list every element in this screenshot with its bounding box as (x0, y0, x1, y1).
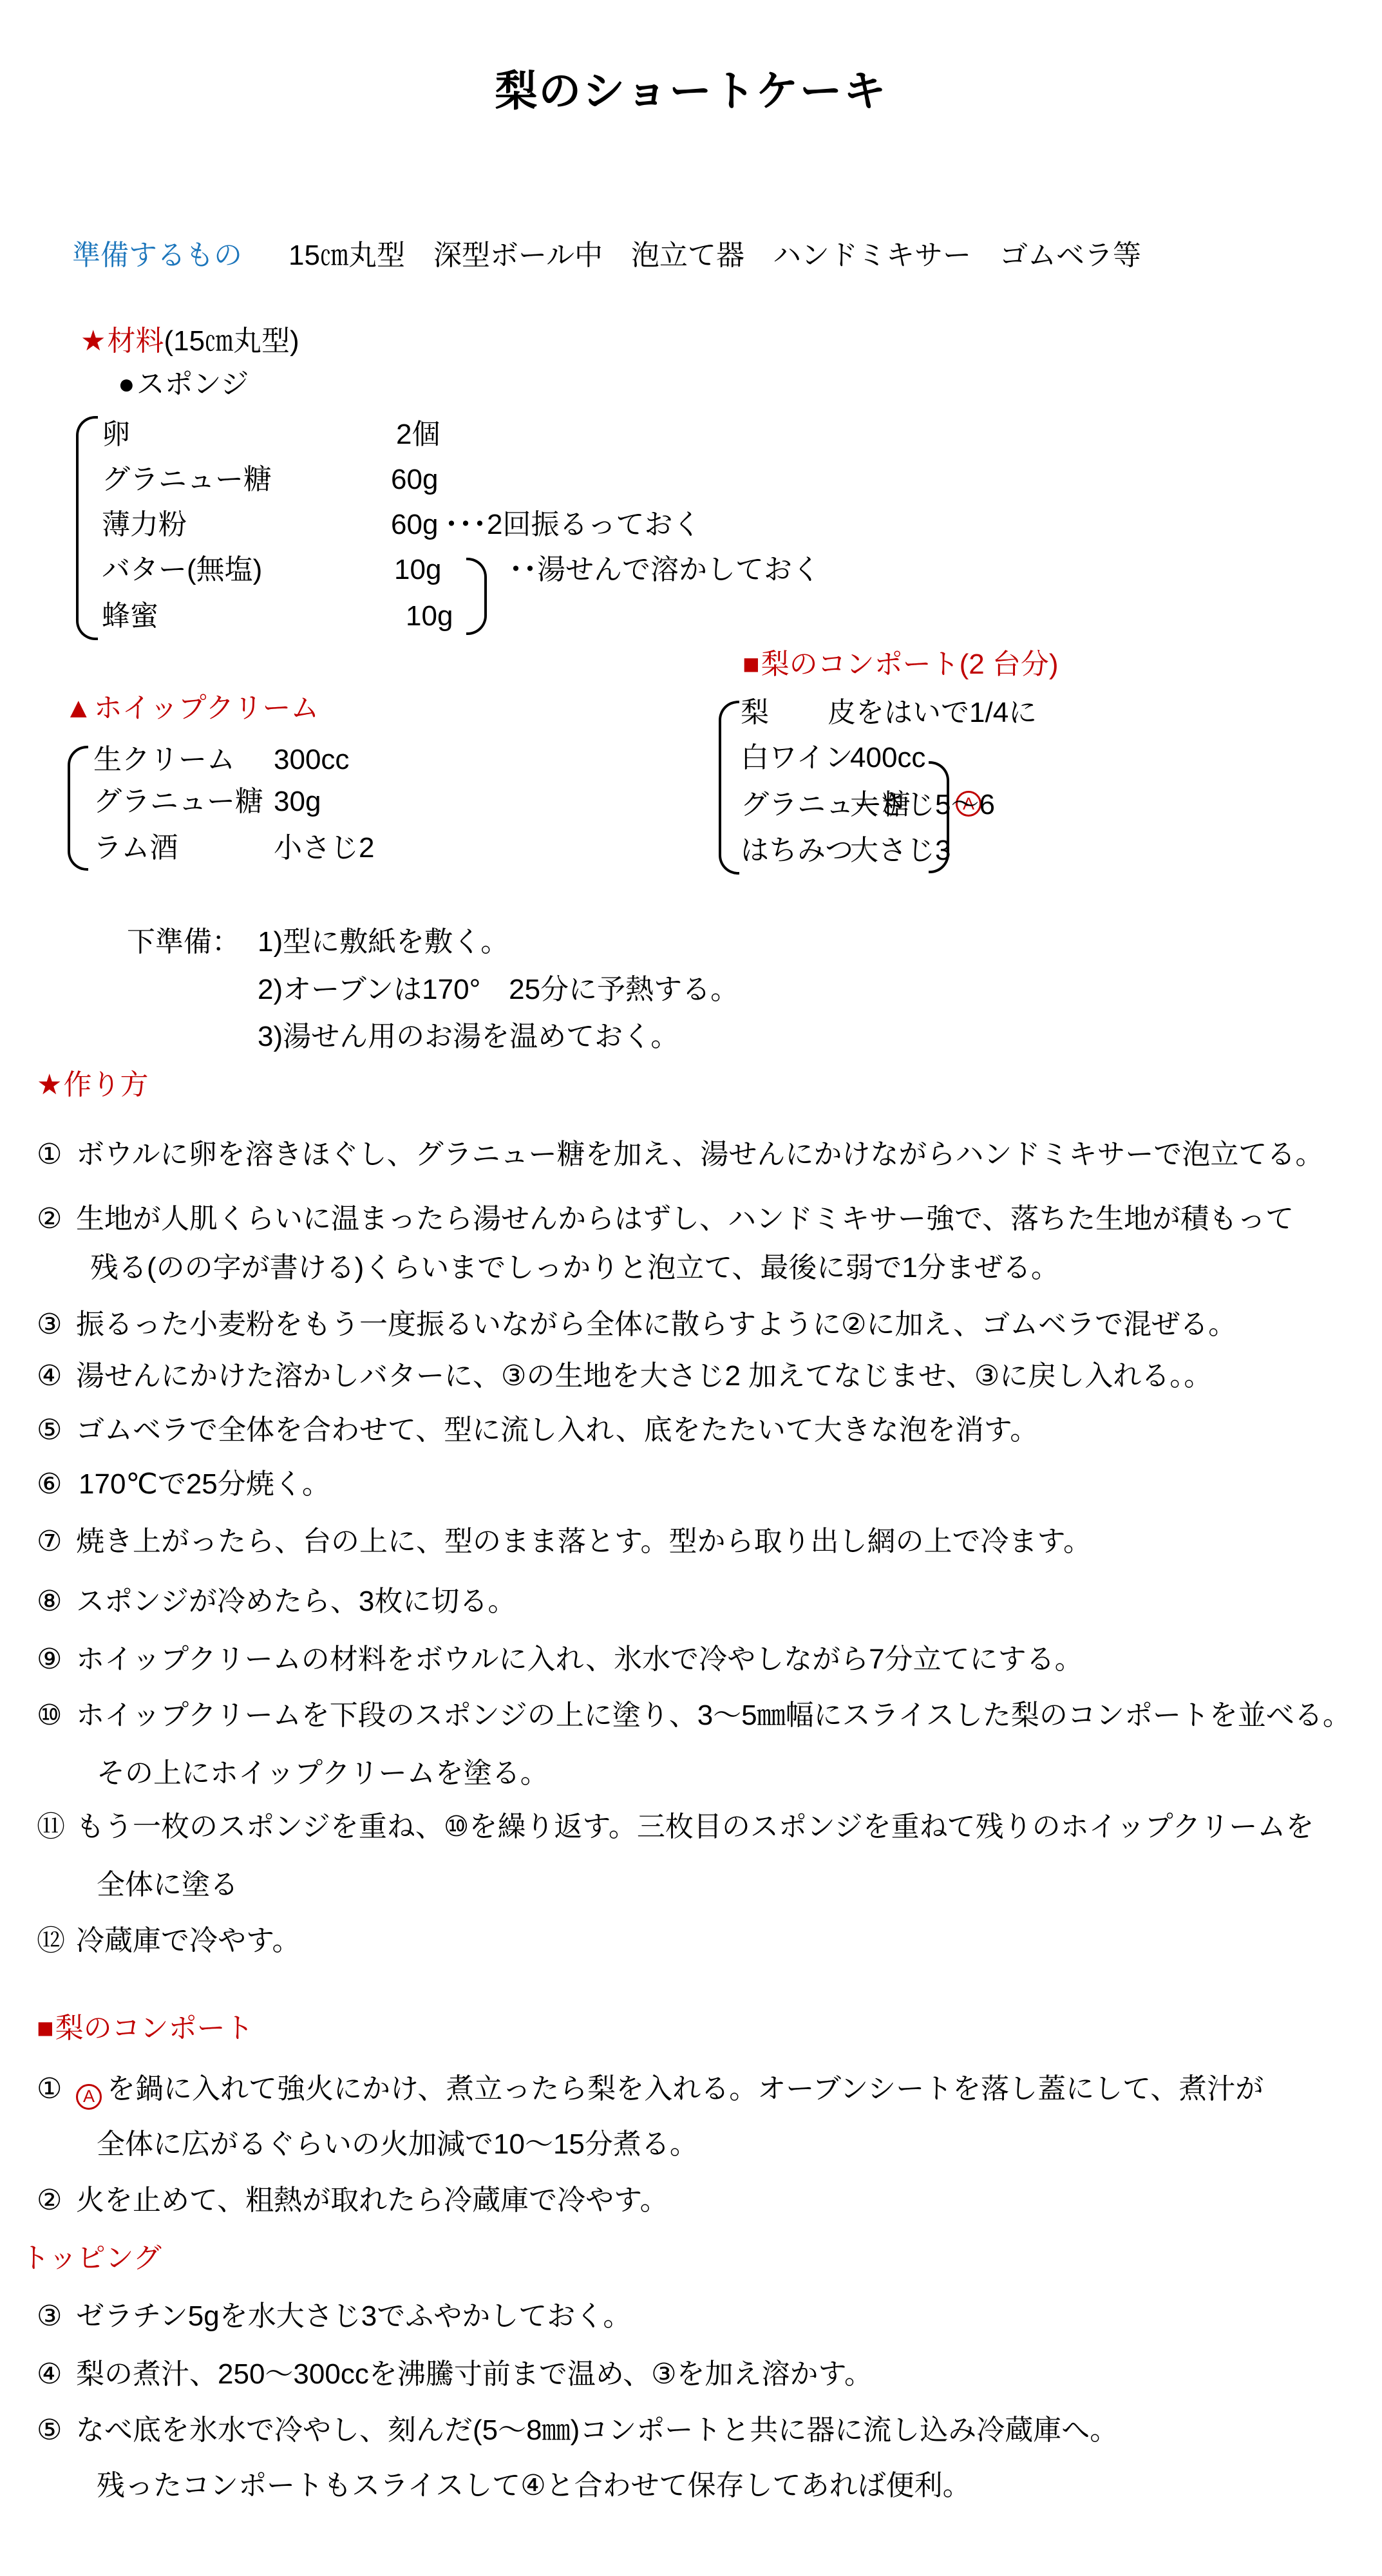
prep-step: 2)オーブンは170° 25分に予熱する。 (258, 974, 739, 1007)
step-text: もう一枚のスポンジを重ね、⑩を繰り返す。三枚目のスポンジを重ねて残りのホイップク… (76, 1811, 1314, 1844)
step-number: ⑤ (37, 2414, 62, 2447)
step-number: ① (37, 1139, 62, 1171)
star-icon: ★ (37, 1069, 62, 1101)
ingredient-amount: 10g (406, 600, 453, 633)
step-number: ② (37, 2184, 62, 2217)
step-number: ⑥ (37, 1468, 62, 1501)
topping-section-header: トッピング (21, 2242, 162, 2275)
sponge-bracket-right (466, 558, 487, 635)
ingredient-amount: 大さじ3 (850, 835, 951, 867)
sponge-header: ●スポンジ (118, 368, 249, 401)
ingredient-name: グラニュー糖 (93, 786, 263, 819)
step-number: ⑪ (37, 1811, 65, 1844)
square-icon: ■ (37, 2012, 54, 2044)
ingredient-name: グラニュー糖 (102, 464, 272, 497)
step-text: 梨の煮汁、250～300ccを沸騰寸前まで温め、③を加え溶かす。 (76, 2358, 873, 2391)
ingredient-note: ･･湯せんで溶かしておく (509, 554, 820, 587)
step-text: 焼き上がったら、台の上に、型のまま落とす。型から取り出し網の上で冷ます。 (76, 1526, 1092, 1558)
step-number: ③ (37, 1309, 62, 1341)
step-number: ① (37, 2073, 62, 2106)
ingredient-name: ラム酒 (93, 832, 178, 865)
ingredient-name: はちみつ (741, 835, 853, 867)
whip-bracket-left (68, 746, 88, 871)
step-text: 振るった小麦粉をもう一度振るいながら全体に散らすように②に加え、ゴムベラで混ぜる… (76, 1309, 1236, 1341)
compote-ingredients-header: ■梨のコンポート(2 台分) (743, 649, 1059, 681)
howto-label: 作り方 (63, 1069, 148, 1101)
ingredient-amount: 300cc (274, 744, 349, 777)
ingredient-amount: 皮をはいで1/4に (828, 697, 1037, 730)
compote-ingredients-label: 梨のコンポート(2 台分) (761, 649, 1059, 680)
page-title: 梨のショートケーキ (0, 67, 1382, 116)
materials-label: 材料 (107, 325, 164, 357)
step-number: ⑤ (37, 1414, 62, 1447)
step-text: 湯せんにかけた溶かしバターに、③の生地を大さじ2 加えてなじませ、③に戻し入れる… (76, 1360, 1212, 1393)
step-number: ⑧ (37, 1586, 62, 1618)
prep-step: 3)湯せん用のお湯を温めておく。 (258, 1021, 679, 1054)
star-icon: ★ (80, 325, 106, 357)
step-text: Aを鍋に入れて強火にかけ、煮立ったら梨を入れる。オーブンシートを落し蓋にして、煮… (76, 2073, 1264, 2110)
step-text-body: を鍋に入れて強火にかけ、煮立ったら梨を入れる。オーブンシートを落し蓋にして、煮汁… (107, 2073, 1264, 2105)
step-text: なべ底を氷水で冷やし、刻んだ(5～8㎜)コンポートと共に器に流し込み冷蔵庫へ。 (76, 2414, 1118, 2447)
prep-label: 下準備： (127, 926, 240, 959)
ingredient-name: 蜂蜜 (102, 600, 158, 633)
ingredient-name: 梨 (741, 697, 769, 730)
ingredient-name: バター(無塩) (102, 554, 262, 587)
howto-header: ★作り方 (37, 1069, 148, 1102)
step-text-continued: 全体に広がるぐらいの火加減で10～15分煮る。 (97, 2128, 698, 2161)
ingredient-amount: 30g (274, 786, 321, 819)
step-text: ホイップクリームを下段のスポンジの上に塗り、3～5㎜幅にスライスした梨のコンポー… (76, 1700, 1351, 1732)
step-text: ボウルに卵を溶きほぐし、グラニュー糖を加え、湯せんにかけながらハンドミキサーで泡… (76, 1139, 1323, 1171)
bullet-icon: ● (118, 368, 135, 400)
step-text: ゴムベラで全体を合わせて、型に流し入れ、底をたたいて大きな泡を消す。 (76, 1414, 1038, 1447)
ingredient-name: 生クリーム (93, 744, 235, 777)
ingredient-amount: 小さじ2 (274, 832, 374, 865)
ingredient-amount: 60g (391, 509, 438, 542)
compote-bracket-left (719, 701, 739, 875)
step-text: スポンジが冷めたら、3枚に切る。 (76, 1586, 516, 1618)
prep-step: 1)型に敷紙を敷く。 (258, 926, 509, 959)
step-text: 火を止めて、粗熱が取れたら冷蔵庫で冷やす。 (76, 2184, 668, 2217)
step-number: ② (37, 1203, 62, 1236)
ingredient-amount: 60g (391, 464, 438, 497)
step-text: 生地が人肌くらいに温まったら湯せんからはずし、ハンドミキサー強で、落ちた生地が積… (76, 1203, 1294, 1236)
whip-label: ホイップクリーム (94, 692, 319, 724)
step-text-continued: 残ったコンポートもスライスして④と合わせて保存してあれば便利。 (97, 2470, 971, 2503)
triangle-icon: ▲ (64, 692, 93, 724)
circled-a-marker: A (76, 2084, 102, 2110)
ingredient-amount: 400cc (850, 742, 925, 775)
step-text: ホイップクリームの材料をボウルに入れ、氷水で冷やしながら7分立てにする。 (76, 1643, 1083, 1676)
step-text-continued: 全体に塗る (97, 1869, 238, 1902)
square-icon: ■ (743, 649, 760, 680)
compote-section-label: 梨のコンポート (55, 2012, 254, 2044)
step-number: ⑩ (37, 1700, 62, 1732)
ingredient-name: 白ワイン (741, 742, 853, 775)
step-text: 170℃で25分焼く。 (79, 1468, 330, 1501)
step-number: ④ (37, 2358, 62, 2391)
compote-section-header: ■梨のコンポート (37, 2012, 254, 2045)
whip-header: ▲ホイップクリーム (64, 692, 319, 725)
ingredient-amount: 2個 (396, 419, 440, 451)
ingredient-name: 薄力粉 (102, 509, 187, 542)
materials-header: ★材料(15㎝丸型) (80, 325, 299, 358)
prepare-label: 準備するもの (72, 240, 242, 272)
step-number: ③ (37, 2300, 62, 2333)
ingredient-name: 卵 (102, 419, 130, 451)
prepare-items: 15㎝丸型 深型ボール中 泡立て器 ハンドミキサー ゴムベラ等 (289, 240, 1141, 272)
step-text: 冷蔵庫で冷やす。 (76, 1925, 300, 1958)
sponge-bracket-left (76, 416, 98, 640)
step-text-continued: 残る(のの字が書ける)くらいまでしっかりと泡立て、最後に弱で1分まぜる。 (90, 1252, 1059, 1285)
ingredient-amount: 大さじ5～6 (850, 789, 995, 822)
prepare-line: 準備するもの 15㎝丸型 深型ボール中 泡立て器 ハンドミキサー ゴムベラ等 (72, 240, 1141, 272)
materials-size-note: (15㎝丸型) (164, 325, 299, 357)
step-number: ⑨ (37, 1643, 62, 1676)
step-number: ⑦ (37, 1526, 62, 1558)
step-number: ⑫ (37, 1925, 65, 1958)
step-text: ゼラチン5gを水大さじ3でふやかしておく。 (76, 2300, 631, 2333)
step-text-continued: その上にホイップクリームを塗る。 (97, 1757, 549, 1790)
step-number: ④ (37, 1360, 62, 1393)
ingredient-note: ･･･2回振るっておく (444, 509, 701, 542)
sponge-label: スポンジ (137, 368, 249, 400)
ingredient-amount: 10g (394, 554, 441, 587)
